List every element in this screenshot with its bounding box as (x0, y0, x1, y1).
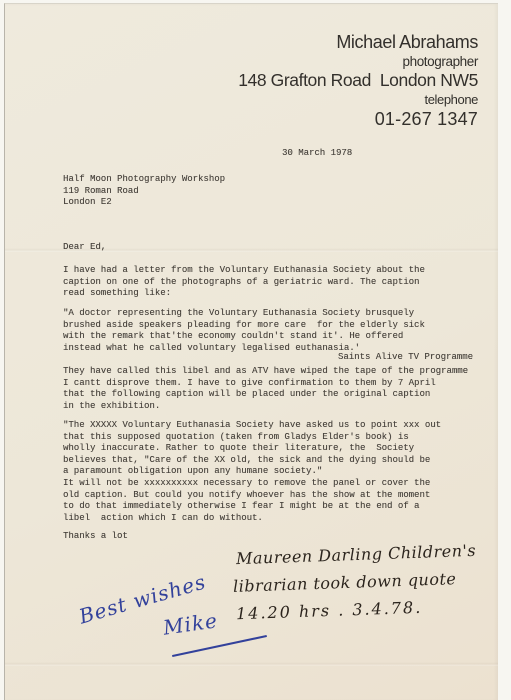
letterhead: Michael Abrahams photographer 148 Grafto… (238, 32, 478, 130)
recipient-address: Half Moon Photography Workshop 119 Roman… (63, 174, 225, 209)
handwritten-note-line3: 14.20 hrs . 3.4.78. (236, 598, 423, 623)
paper-crease (5, 662, 498, 666)
scanned-letter: Michael Abrahams photographer 148 Grafto… (0, 0, 511, 700)
handwritten-signature: Mike (162, 608, 220, 639)
signature-underline (172, 635, 267, 657)
paragraph-request: It will not be xxxxxxxxxx necessary to r… (63, 478, 430, 524)
letterhead-address: 148 Grafton Road London NW5 (238, 70, 478, 91)
letter-page: Michael Abrahams photographer 148 Grafto… (4, 3, 498, 700)
paragraph-quote: "A doctor representing the Voluntary Eut… (63, 308, 425, 354)
letter-date: 30 March 1978 (282, 148, 352, 160)
letterhead-phone-number: 01-267 1347 (238, 108, 478, 130)
quote-attribution: Saints Alive TV Programme (63, 352, 473, 364)
letterhead-role: photographer (238, 53, 478, 70)
paragraph-libel: They have called this libel and as ATV h… (63, 366, 468, 412)
closing-line: Thanks a lot (63, 531, 128, 543)
handwritten-note-line1: Maureen Darling Children's (236, 541, 477, 568)
paragraph-intro: I have had a letter from the Voluntary E… (63, 265, 425, 300)
salutation: Dear Ed, (63, 242, 106, 254)
paragraph-correction: "The XXXXX Voluntary Euthanasia Society … (63, 420, 441, 478)
letterhead-telephone-label: telephone (238, 91, 478, 108)
letterhead-name: Michael Abrahams (238, 32, 478, 53)
handwritten-note-line2: librarian took down quote (233, 569, 457, 596)
